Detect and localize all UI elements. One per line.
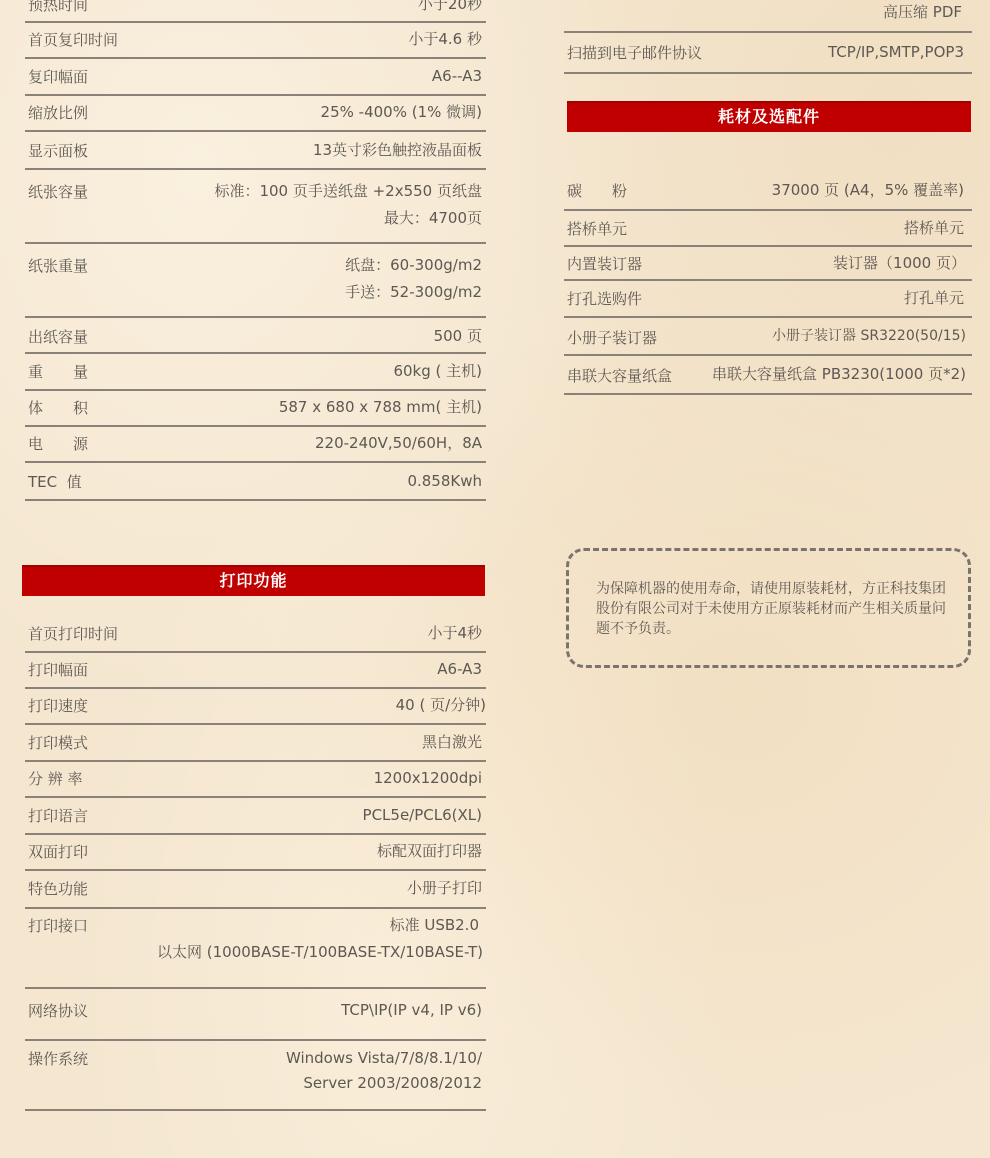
spec-label: 操作系统 bbox=[28, 1050, 88, 1068]
print-section-banner: 打印功能 bbox=[22, 565, 485, 596]
spec-value: 小册子打印 bbox=[407, 875, 482, 902]
spec-row-power: 电 源 220-240V,50/60H，8A bbox=[25, 427, 486, 463]
spec-label: 重 量 bbox=[28, 363, 88, 381]
spec-row-warmup-time: 预热时间 小于20秒 bbox=[25, 0, 486, 23]
spec-value: 220-240V,50/60H，8A bbox=[315, 430, 482, 457]
spec-row-bridge-unit: 搭桥单元 搭桥单元 bbox=[564, 211, 972, 247]
supplies-section-banner: 耗材及选配件 bbox=[567, 101, 971, 132]
spec-value: 587 x 680 x 788 mm( 主机) bbox=[279, 394, 482, 421]
spec-value: 40 ( 页/分钟) bbox=[396, 692, 486, 719]
spec-row-tec-value: TEC 值 0.858Kwh bbox=[25, 463, 486, 501]
spec-label: 分 辨 率 bbox=[28, 770, 83, 788]
spec-row-print-size: 打印幅面 A6-A3 bbox=[25, 653, 486, 689]
spec-value: TCP/IP,SMTP,POP3 bbox=[828, 39, 964, 66]
spec-row-print-speed: 打印速度 40 ( 页/分钟) bbox=[25, 689, 486, 725]
spec-row-special-features: 特色功能 小册子打印 bbox=[25, 871, 486, 909]
spec-value: 1200x1200dpi bbox=[374, 765, 482, 792]
spec-value: PCL5e/PCL6(XL) bbox=[363, 802, 482, 829]
spec-label: 首页复印时间 bbox=[28, 31, 118, 49]
spec-row-paper-capacity: 纸张容量 标准：100 页手送纸盘 +2x550 页纸盘 最大：4700页 bbox=[25, 170, 486, 244]
spec-row-weight: 重 量 60kg ( 主机) bbox=[25, 354, 486, 391]
spec-label: 打孔选购件 bbox=[567, 290, 642, 308]
spec-row-punch-option: 打孔选购件 打孔单元 bbox=[564, 281, 972, 318]
spec-row-zoom-ratio: 缩放比例 25% -400% (1% 微调) bbox=[25, 96, 486, 132]
spec-row-print-mode: 打印模式 黑白激光 bbox=[25, 725, 486, 762]
spec-row-booklet-finisher: 小册子装订器 小册子装订器 SR3220(50/15) bbox=[564, 318, 972, 356]
spec-label: 体 积 bbox=[28, 399, 88, 417]
spec-label: 碳 粉 bbox=[567, 182, 627, 200]
spec-row-display-panel: 显示面板 13英寸彩色触控液晶面板 bbox=[25, 132, 486, 170]
spec-value: 小册子装订器 SR3220(50/15) bbox=[772, 323, 966, 350]
spec-label: 扫描到电子邮件协议 bbox=[567, 44, 702, 62]
spec-row-scan-to-email-protocol: 扫描到电子邮件协议 TCP/IP,SMTP,POP3 bbox=[564, 33, 972, 74]
spec-value: A6-A3 bbox=[437, 656, 482, 683]
spec-label: 特色功能 bbox=[28, 880, 88, 898]
spec-label: 电 源 bbox=[28, 435, 88, 453]
spec-value: 标准：100 页手送纸盘 +2x550 页纸盘 最大：4700页 bbox=[214, 178, 482, 232]
spec-label: 内置装订器 bbox=[567, 255, 642, 273]
spec-value: 装订器（1000 页） bbox=[833, 250, 966, 277]
spec-label: 打印幅面 bbox=[28, 661, 88, 679]
spec-row-print-interface: 打印接口 标准 USB2.0 以太网 (1000BASE-T/100BASE-T… bbox=[25, 909, 486, 989]
spec-value: 25% -400% (1% 微调) bbox=[321, 99, 482, 126]
genuine-supplies-notice: 为保障机器的使用寿命，请使用原装耗材，方正科技集团股份有限公司对于未使用方正原装… bbox=[566, 548, 971, 668]
spec-row-tandem-lct: 串联大容量纸盒 串联大容量纸盒 PB3230(1000 页*2) bbox=[564, 356, 972, 395]
spec-row-toner: 碳 粉 37000 页 (A4，5% 覆盖率) bbox=[564, 170, 972, 211]
spec-label: 打印语言 bbox=[28, 807, 88, 825]
spec-row-internal-stapler: 内置装订器 装订器（1000 页） bbox=[564, 247, 972, 281]
spec-row-resolution: 分 辨 率 1200x1200dpi bbox=[25, 762, 486, 798]
spec-value: 小于4.6 秒 bbox=[408, 26, 482, 53]
spec-value: 13英寸彩色触控液晶面板 bbox=[313, 137, 482, 164]
spec-row-dimensions: 体 积 587 x 680 x 788 mm( 主机) bbox=[25, 391, 486, 427]
spec-row-compressed-pdf: 高压缩 PDF bbox=[564, 0, 972, 33]
spec-value: 标准 USB2.0 以太网 (1000BASE-T/100BASE-TX/10B… bbox=[157, 912, 483, 966]
spec-row-operating-system: 操作系统 Windows Vista/7/8/8.1/10/ Server 20… bbox=[25, 1041, 486, 1111]
spec-label: 纸张重量 bbox=[28, 257, 88, 275]
spec-label: 网络协议 bbox=[28, 1002, 88, 1020]
spec-label: 串联大容量纸盒 bbox=[567, 367, 672, 385]
section-title: 耗材及选配件 bbox=[718, 107, 820, 126]
spec-label: 双面打印 bbox=[28, 843, 88, 861]
spec-value: 黑白激光 bbox=[422, 729, 482, 756]
notice-text: 为保障机器的使用寿命，请使用原装耗材，方正科技集团股份有限公司对于未使用方正原装… bbox=[596, 579, 946, 639]
spec-label: 搭桥单元 bbox=[567, 220, 627, 238]
spec-value: 小于4秒 bbox=[427, 620, 482, 647]
spec-label: 打印模式 bbox=[28, 734, 88, 752]
spec-label: 复印幅面 bbox=[28, 68, 88, 86]
spec-value: A6--A3 bbox=[432, 63, 482, 90]
spec-label: 预热时间 bbox=[28, 0, 88, 14]
spec-row-paper-weight: 纸张重量 纸盘：60-300g/m2 手送：52-300g/m2 bbox=[25, 244, 486, 318]
spec-row-duplex-print: 双面打印 标配双面打印器 bbox=[25, 835, 486, 871]
spec-label: 小册子装订器 bbox=[567, 329, 657, 347]
spec-value: 串联大容量纸盒 PB3230(1000 页*2) bbox=[712, 361, 966, 388]
spec-label: 显示面板 bbox=[28, 142, 88, 160]
spec-row-first-print-time: 首页打印时间 小于4秒 bbox=[25, 614, 486, 653]
spec-row-copy-size: 复印幅面 A6--A3 bbox=[25, 59, 486, 96]
spec-value: TCP\IP(IP v4, IP v6) bbox=[341, 997, 482, 1024]
spec-value: 500 页 bbox=[434, 323, 482, 350]
spec-value: 纸盘：60-300g/m2 手送：52-300g/m2 bbox=[345, 252, 482, 306]
spec-label: 缩放比例 bbox=[28, 104, 88, 122]
spec-row-first-copy-time: 首页复印时间 小于4.6 秒 bbox=[25, 23, 486, 59]
spec-value: 标配双面打印器 bbox=[377, 838, 482, 865]
spec-value: 37000 页 (A4，5% 覆盖率) bbox=[772, 177, 964, 204]
spec-value: Windows Vista/7/8/8.1/10/ Server 2003/20… bbox=[286, 1046, 482, 1096]
spec-value: 60kg ( 主机) bbox=[393, 358, 482, 385]
spec-value: 高压缩 PDF bbox=[883, 0, 962, 26]
spec-label: 纸张容量 bbox=[28, 183, 88, 201]
spec-row-network-protocol: 网络协议 TCP\IP(IP v4, IP v6) bbox=[25, 989, 486, 1041]
spec-row-output-capacity: 出纸容量 500 页 bbox=[25, 318, 486, 354]
spec-label: TEC 值 bbox=[28, 473, 82, 491]
spec-label: 打印速度 bbox=[28, 697, 88, 715]
spec-label: 首页打印时间 bbox=[28, 625, 118, 643]
section-title: 打印功能 bbox=[219, 571, 287, 590]
spec-row-print-language: 打印语言 PCL5e/PCL6(XL) bbox=[25, 798, 486, 835]
spec-label: 打印接口 bbox=[28, 917, 88, 935]
spec-value: 0.858Kwh bbox=[407, 468, 482, 495]
spec-value: 搭桥单元 bbox=[904, 215, 964, 242]
spec-value: 打孔单元 bbox=[904, 285, 964, 312]
spec-value: 小于20秒 bbox=[418, 0, 482, 18]
spec-label: 出纸容量 bbox=[28, 328, 88, 346]
